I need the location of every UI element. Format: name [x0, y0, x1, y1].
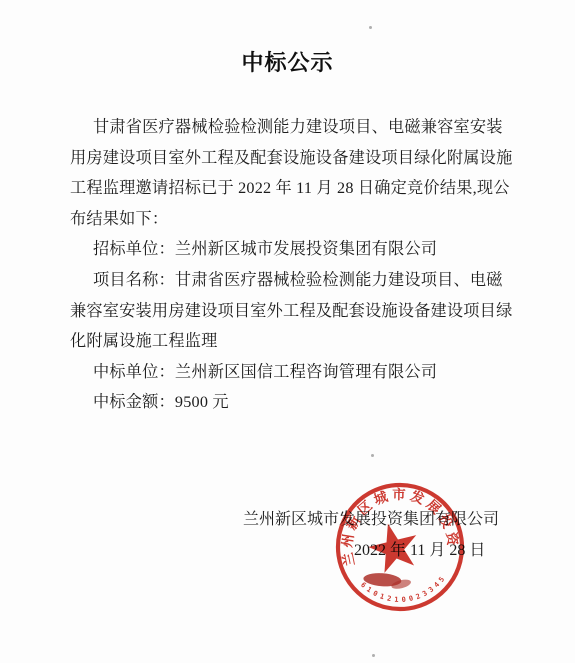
- body-line-project-name: 项目名称：甘肃省医疗器械检验检测能力建设项目、电磁: [70, 265, 506, 296]
- scan-speck: [372, 654, 375, 657]
- body-line: 工程监理邀请招标已于 2022 年 11 月 28 日确定竞价结果,现公: [70, 173, 506, 204]
- scan-speck: [371, 454, 374, 457]
- body-line-winning-bidder: 中标单位：兰州新区国信工程咨询管理有限公司: [70, 357, 506, 388]
- body-line: 化附属设施工程监理: [70, 326, 506, 357]
- announcement-document: 中标公示 甘肃省医疗器械检验检测能力建设项目、电磁兼容室安装 用房建设项目室外工…: [0, 0, 575, 663]
- scan-speck: [369, 26, 372, 29]
- body-line: 甘肃省医疗器械检验检测能力建设项目、电磁兼容室安装: [70, 112, 506, 143]
- body-line: 用房建设项目室外工程及配套设施设备建设项目绿化附属设施: [70, 143, 506, 174]
- body-line: 兼容室安装用房建设项目室外工程及配套设施设备建设项目绿: [70, 296, 506, 327]
- document-title: 中标公示: [0, 46, 575, 77]
- document-body: 甘肃省医疗器械检验检测能力建设项目、电磁兼容室安装 用房建设项目室外工程及配套设…: [70, 112, 506, 418]
- body-line: 布结果如下：: [70, 204, 506, 235]
- body-line-tender-unit: 招标单位：兰州新区城市发展投资集团有限公司: [70, 234, 506, 265]
- seal-star-icon: [364, 518, 423, 576]
- body-line-winning-amount: 中标金额：9500 元: [70, 387, 506, 418]
- official-seal: 兰州新区城市发展投资集团有限公司 6101210023345: [330, 477, 470, 617]
